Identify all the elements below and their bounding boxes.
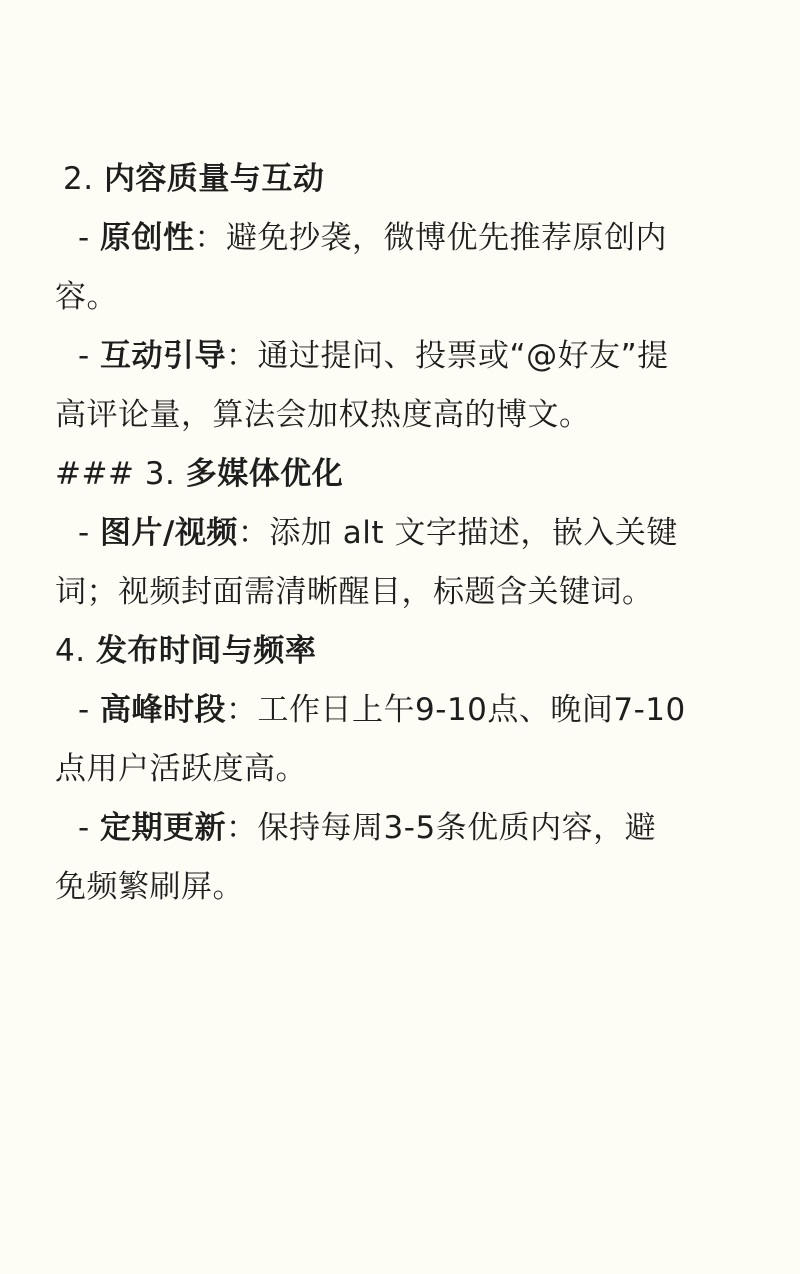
item-term: 高峰时段 — [100, 692, 226, 728]
section-heading-3: ### 3. 多媒体优化 — [55, 445, 755, 504]
heading-title: 多媒体优化 — [186, 456, 344, 492]
list-item-image-video-continuation: 词；视频封面需清晰醒目，标题含关键词。 — [55, 563, 755, 622]
list-item-interaction-guide-continuation: 高评论量，算法会加权热度高的博文。 — [55, 386, 755, 445]
item-text: 添加 alt 文字描述，嵌入关键 — [269, 515, 677, 551]
list-item-originality: - 原创性：避免抄袭，微博优先推荐原创内 — [55, 209, 755, 268]
heading-title: 内容质量与互动 — [104, 161, 325, 197]
heading-title: 发布时间与频率 — [96, 633, 317, 669]
item-text-continued: 词；视频封面需清晰醒目，标题含关键词。 — [55, 574, 654, 610]
item-text: 避免抄袭，微博优先推荐原创内 — [226, 220, 667, 256]
item-text-continued: 免频繁刷屏。 — [55, 869, 244, 905]
heading-prefix: 4. — [55, 633, 96, 669]
item-separator: ： — [238, 515, 270, 551]
document-body: 2. 内容质量与互动 - 原创性：避免抄袭，微博优先推荐原创内 容。 - 互动引… — [55, 150, 755, 917]
item-separator: ： — [195, 220, 227, 256]
section-heading-4: 4. 发布时间与频率 — [55, 622, 755, 681]
list-item-interaction-guide: - 互动引导：通过提问、投票或“@好友”提 — [55, 327, 755, 386]
item-term: 原创性 — [100, 220, 195, 256]
bullet-dash: - — [78, 515, 100, 551]
item-separator: ： — [226, 338, 258, 374]
bullet-dash: - — [78, 810, 100, 846]
item-text-continued: 高评论量，算法会加权热度高的博文。 — [55, 397, 591, 433]
list-item-peak-hours-continuation: 点用户活跃度高。 — [55, 740, 755, 799]
bullet-dash: - — [78, 220, 100, 256]
item-term: 互动引导 — [100, 338, 226, 374]
item-text: 工作日上午9-10点、晚间7-10 — [258, 692, 686, 728]
bullet-dash: - — [78, 692, 100, 728]
list-item-peak-hours: - 高峰时段：工作日上午9-10点、晚间7-10 — [55, 681, 755, 740]
list-item-regular-updates: - 定期更新：保持每周3-5条优质内容，避 — [55, 799, 755, 858]
section-heading-2: 2. 内容质量与互动 — [55, 150, 755, 209]
item-text: 通过提问、投票或“@好友”提 — [258, 338, 669, 374]
bullet-dash: - — [78, 338, 100, 374]
item-separator: ： — [226, 692, 258, 728]
list-item-image-video: - 图片/视频：添加 alt 文字描述，嵌入关键 — [55, 504, 755, 563]
list-item-originality-continuation: 容。 — [55, 268, 755, 327]
heading-prefix: ### 3. — [55, 456, 186, 492]
item-term: 定期更新 — [100, 810, 226, 846]
item-text: 保持每周3-5条优质内容，避 — [258, 810, 657, 846]
item-text-continued: 点用户活跃度高。 — [55, 751, 307, 787]
list-item-regular-updates-continuation: 免频繁刷屏。 — [55, 858, 755, 917]
item-text-continued: 容。 — [55, 279, 118, 315]
heading-prefix: 2. — [63, 161, 104, 197]
item-term: 图片/视频 — [100, 515, 238, 551]
item-separator: ： — [226, 810, 258, 846]
